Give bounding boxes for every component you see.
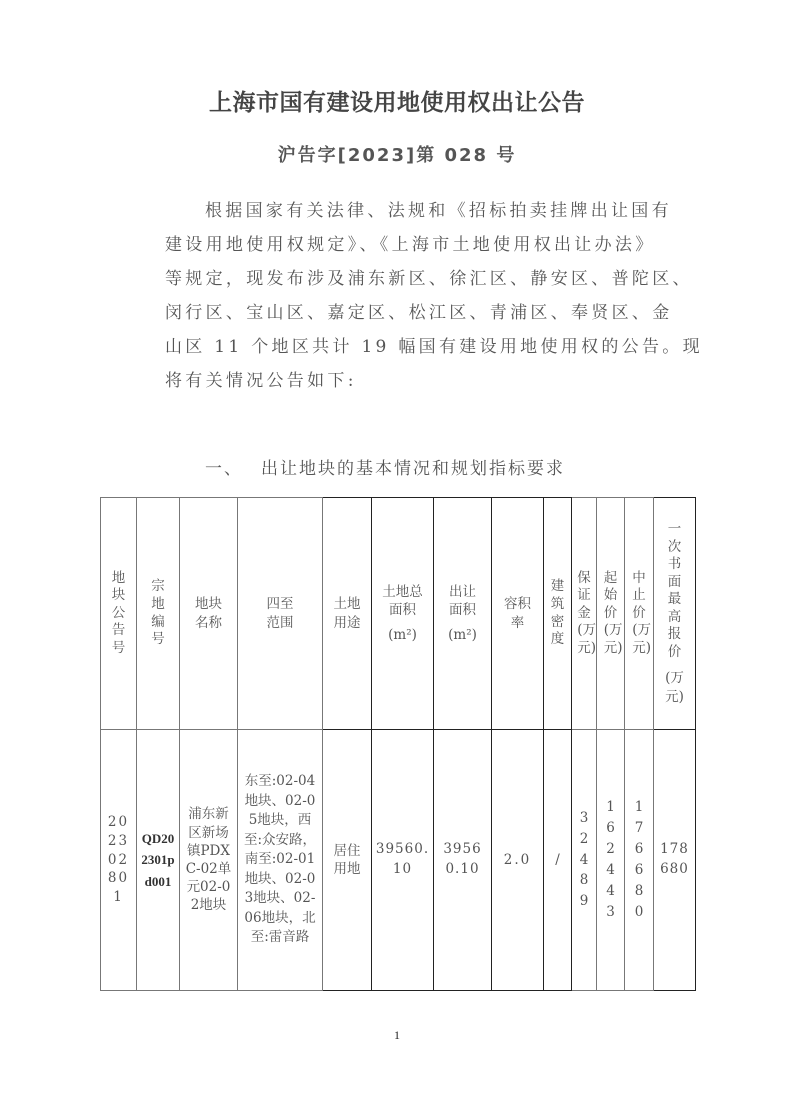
page-number: 1 <box>0 1028 794 1043</box>
unit-label: (m²) <box>448 627 477 643</box>
cell-max-written-bid: 178680 <box>654 730 696 991</box>
cell-total-area: 39560.10 <box>372 730 434 991</box>
intro-line: 根据国家有关法律、法规和《招标拍卖挂牌出让国有 <box>165 194 635 228</box>
header-boundaries: 四至范围 <box>238 498 323 730</box>
intro-line: 山区 11 个地区共计 19 幅国有建设用地使用权的公告。现 <box>165 330 635 364</box>
cell-land-use: 居住用地 <box>323 730 372 991</box>
header-total-area: 土地总面积 (m²) <box>372 498 434 730</box>
intro-line: 等规定，现发布涉及浦东新区、徐汇区、静安区、普陀区、 <box>165 262 635 296</box>
header-building-density: 建筑密度 <box>544 498 572 730</box>
intro-line: 将有关情况公告如下: <box>165 364 635 398</box>
header-transfer-area: 出让面积 (m²) <box>434 498 492 730</box>
header-starting-price: 起始价(万元) <box>597 498 625 730</box>
table-row: 202302801 QD202301pd001 浦东新区新场镇PDXC-02单元… <box>101 730 696 991</box>
document-title: 上海市国有建设用地使用权出让公告 <box>0 84 794 117</box>
intro-paragraph: 根据国家有关法律、法规和《招标拍卖挂牌出让国有 建设用地使用权规定》、《上海市土… <box>165 194 635 398</box>
cell-parcel-name: 浦东新区新场镇PDXC-02单元02-02地块 <box>180 730 238 991</box>
intro-line: 闵行区、宝山区、嘉定区、松江区、青浦区、奉贤区、金 <box>165 296 635 330</box>
cell-announcement-no: 202302801 <box>101 730 137 991</box>
header-deposit: 保证金(万元) <box>572 498 597 730</box>
header-plot-ratio: 容积率 <box>492 498 544 730</box>
section-title: 出让地块的基本情况和规划指标要求 <box>261 459 565 479</box>
cell-starting-price: 162443 <box>597 730 625 991</box>
intro-line: 建设用地使用权规定》、《上海市土地使用权出让办法》 <box>165 228 635 262</box>
cell-deposit: 32489 <box>572 730 597 991</box>
header-parcel-code: 宗地编号 <box>137 498 180 730</box>
section-number: 一、 <box>205 459 243 479</box>
header-ceiling-price: 中止价(万元) <box>625 498 654 730</box>
cell-boundaries: 东至:02-04地块、02-05地块，西至:众安路，南至:02-01地块、02-… <box>238 730 323 991</box>
header-parcel-name: 地块名称 <box>180 498 238 730</box>
document-number: 沪告字[2023]第 028 号 <box>0 141 794 167</box>
section-heading: 一、出让地块的基本情况和规划指标要求 <box>205 454 565 479</box>
cell-transfer-area: 39560.10 <box>434 730 492 991</box>
header-announcement-no: 地块公告号 <box>101 498 137 730</box>
unit-label: (m²) <box>388 627 417 643</box>
cell-building-density: / <box>544 730 572 991</box>
cell-parcel-code: QD202301pd001 <box>137 730 180 991</box>
cell-plot-ratio: 2.0 <box>492 730 544 991</box>
header-land-use: 土地用途 <box>323 498 372 730</box>
unit-label: (万元) <box>660 669 688 705</box>
parcel-table: 地块公告号 宗地编号 地块名称 四至范围 土地用途 土地总面积 (m²) 出让面… <box>100 497 696 991</box>
cell-ceiling-price: 176680 <box>625 730 654 991</box>
header-max-written-bid: 一次书面最高报价 (万元) <box>654 498 696 730</box>
table-header-row: 地块公告号 宗地编号 地块名称 四至范围 土地用途 土地总面积 (m²) 出让面… <box>101 498 696 730</box>
